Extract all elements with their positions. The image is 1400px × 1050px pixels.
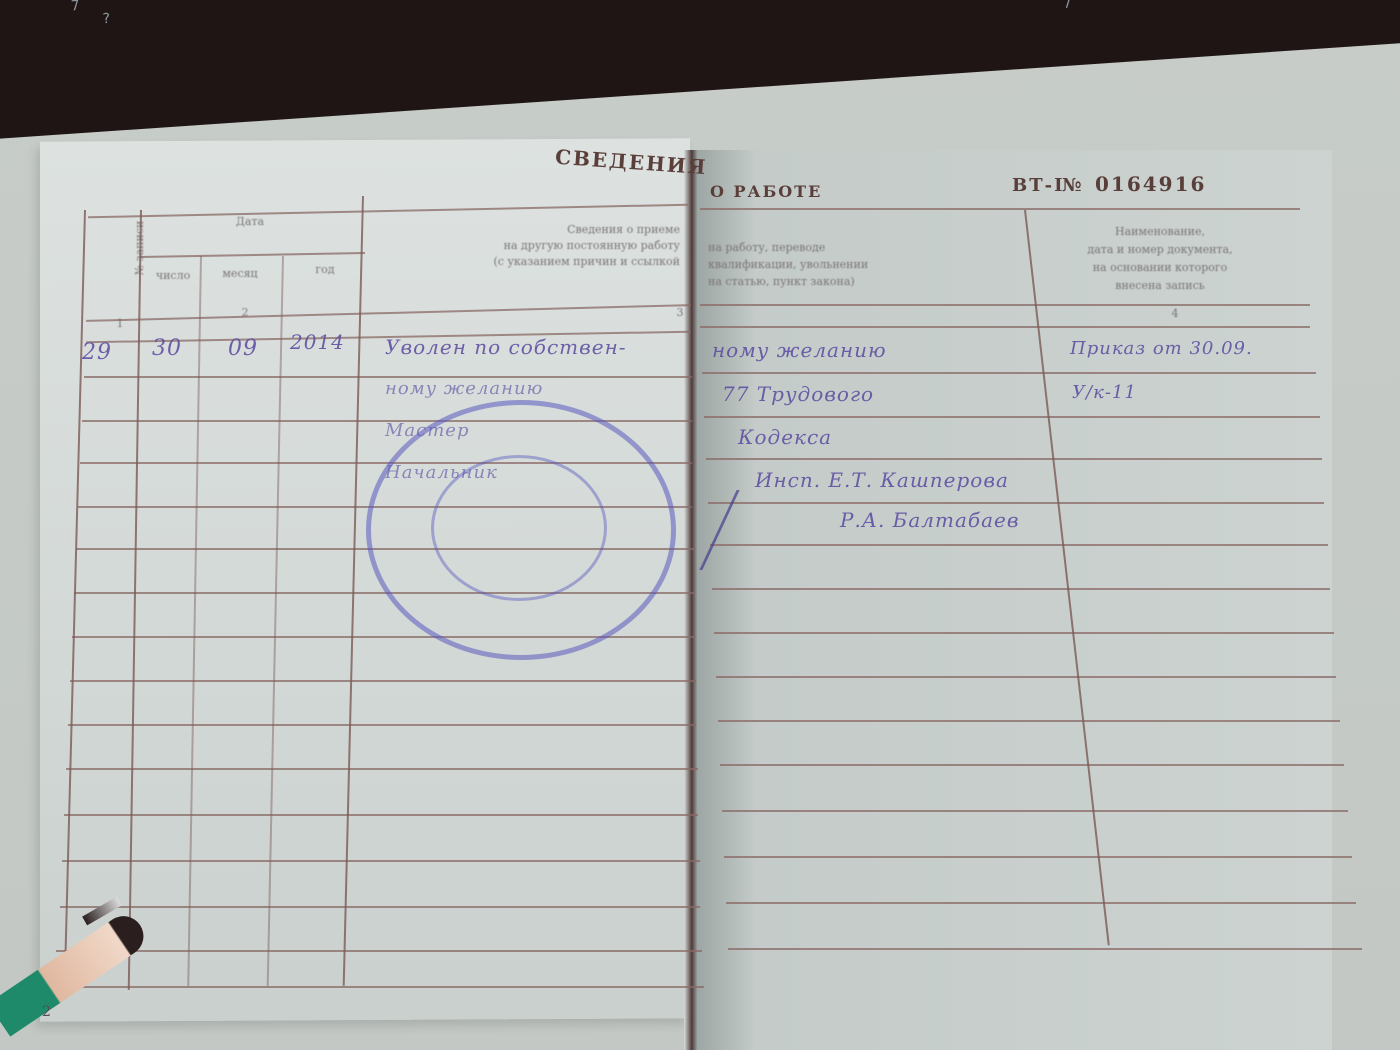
- page-number: 2: [42, 1004, 51, 1020]
- header-month: месяц: [210, 266, 270, 282]
- manager-signature: Р.А. Балтабаев: [840, 508, 1020, 532]
- rule-line: [52, 986, 704, 988]
- book-number: 0164916: [1095, 172, 1206, 196]
- column-number-2: 2: [235, 305, 255, 321]
- record-day: 30: [152, 336, 182, 361]
- rule-line: [724, 856, 1352, 858]
- rule-line: [704, 416, 1320, 418]
- rule-line: [62, 860, 700, 862]
- rule-line: [70, 680, 696, 682]
- header-basis-4: внесена запись: [1040, 278, 1280, 294]
- inspector-signature: Инсп. Е.Т. Кашперова: [755, 468, 1009, 492]
- rule-line: [700, 326, 1310, 328]
- official-stamp: [366, 400, 676, 660]
- header-info-left-2: на другую постоянную работу: [400, 238, 680, 254]
- key-digit: 7: [1063, 0, 1073, 12]
- column-number-4: 4: [1165, 306, 1185, 322]
- stamp-inner-ring: [431, 455, 607, 601]
- record-number: 29: [82, 340, 112, 365]
- header-info-right-1: на работу, переводе: [708, 240, 968, 256]
- info-right-line-1: ному желанию: [712, 338, 887, 362]
- rule-line: [700, 304, 1310, 306]
- header-info-right-3: на статью, пункт закона): [708, 274, 968, 290]
- section-title-right: О РАБОТЕ: [710, 182, 822, 201]
- basis-line-1: Приказ от 30.09.: [1070, 338, 1253, 359]
- header-day: число: [148, 268, 198, 284]
- header-info-right-2: квалификации, увольнении: [708, 257, 968, 273]
- book-spine: [684, 150, 698, 1050]
- header-date: Дата: [220, 214, 280, 230]
- rule-line: [716, 676, 1336, 678]
- rule-line: [706, 458, 1322, 460]
- number-sign: №: [1062, 175, 1084, 196]
- key-digit: ?: [102, 11, 112, 28]
- record-month: 09: [228, 336, 258, 361]
- rule-line: [712, 588, 1330, 590]
- rule-line: [700, 208, 1300, 210]
- rule-line: [720, 764, 1344, 766]
- key-digit: 7: [71, 0, 81, 14]
- header-info-left-1: Сведения о приеме: [400, 222, 680, 238]
- book-series: ВТ-I: [1012, 175, 1065, 196]
- rule-line: [64, 814, 698, 816]
- record-year: 2014: [290, 330, 345, 354]
- rule-line: [68, 724, 696, 726]
- rule-line: [718, 720, 1340, 722]
- rule-line: [56, 950, 702, 952]
- info-right-line-2: 77 Трудового: [722, 382, 874, 406]
- rule-line: [702, 372, 1316, 374]
- header-basis-3: на основании которого: [1040, 260, 1280, 276]
- rule-line: [710, 544, 1328, 546]
- basis-line-2: У/к-11: [1072, 382, 1137, 403]
- rule-line: [60, 906, 700, 908]
- key-digit: 8: [195, 0, 205, 1]
- header-basis-1: Наименование,: [1040, 224, 1280, 240]
- info-right-line-3: Кодекса: [738, 425, 832, 449]
- column-number-3: 3: [670, 305, 690, 321]
- rule-line: [728, 948, 1362, 950]
- header-basis-2: дата и номер документа,: [1040, 242, 1280, 258]
- rule-line: [722, 810, 1348, 812]
- rule-line: [726, 902, 1356, 904]
- info-left-line-1: Уволен по собствен-: [385, 335, 627, 359]
- rule-line: [66, 768, 698, 770]
- rule-line: [714, 632, 1334, 634]
- header-year: год: [300, 262, 350, 278]
- header-info-left-3: (с указанием причин и ссылкой: [400, 254, 680, 270]
- info-left-line-2: ному желанию: [385, 378, 543, 399]
